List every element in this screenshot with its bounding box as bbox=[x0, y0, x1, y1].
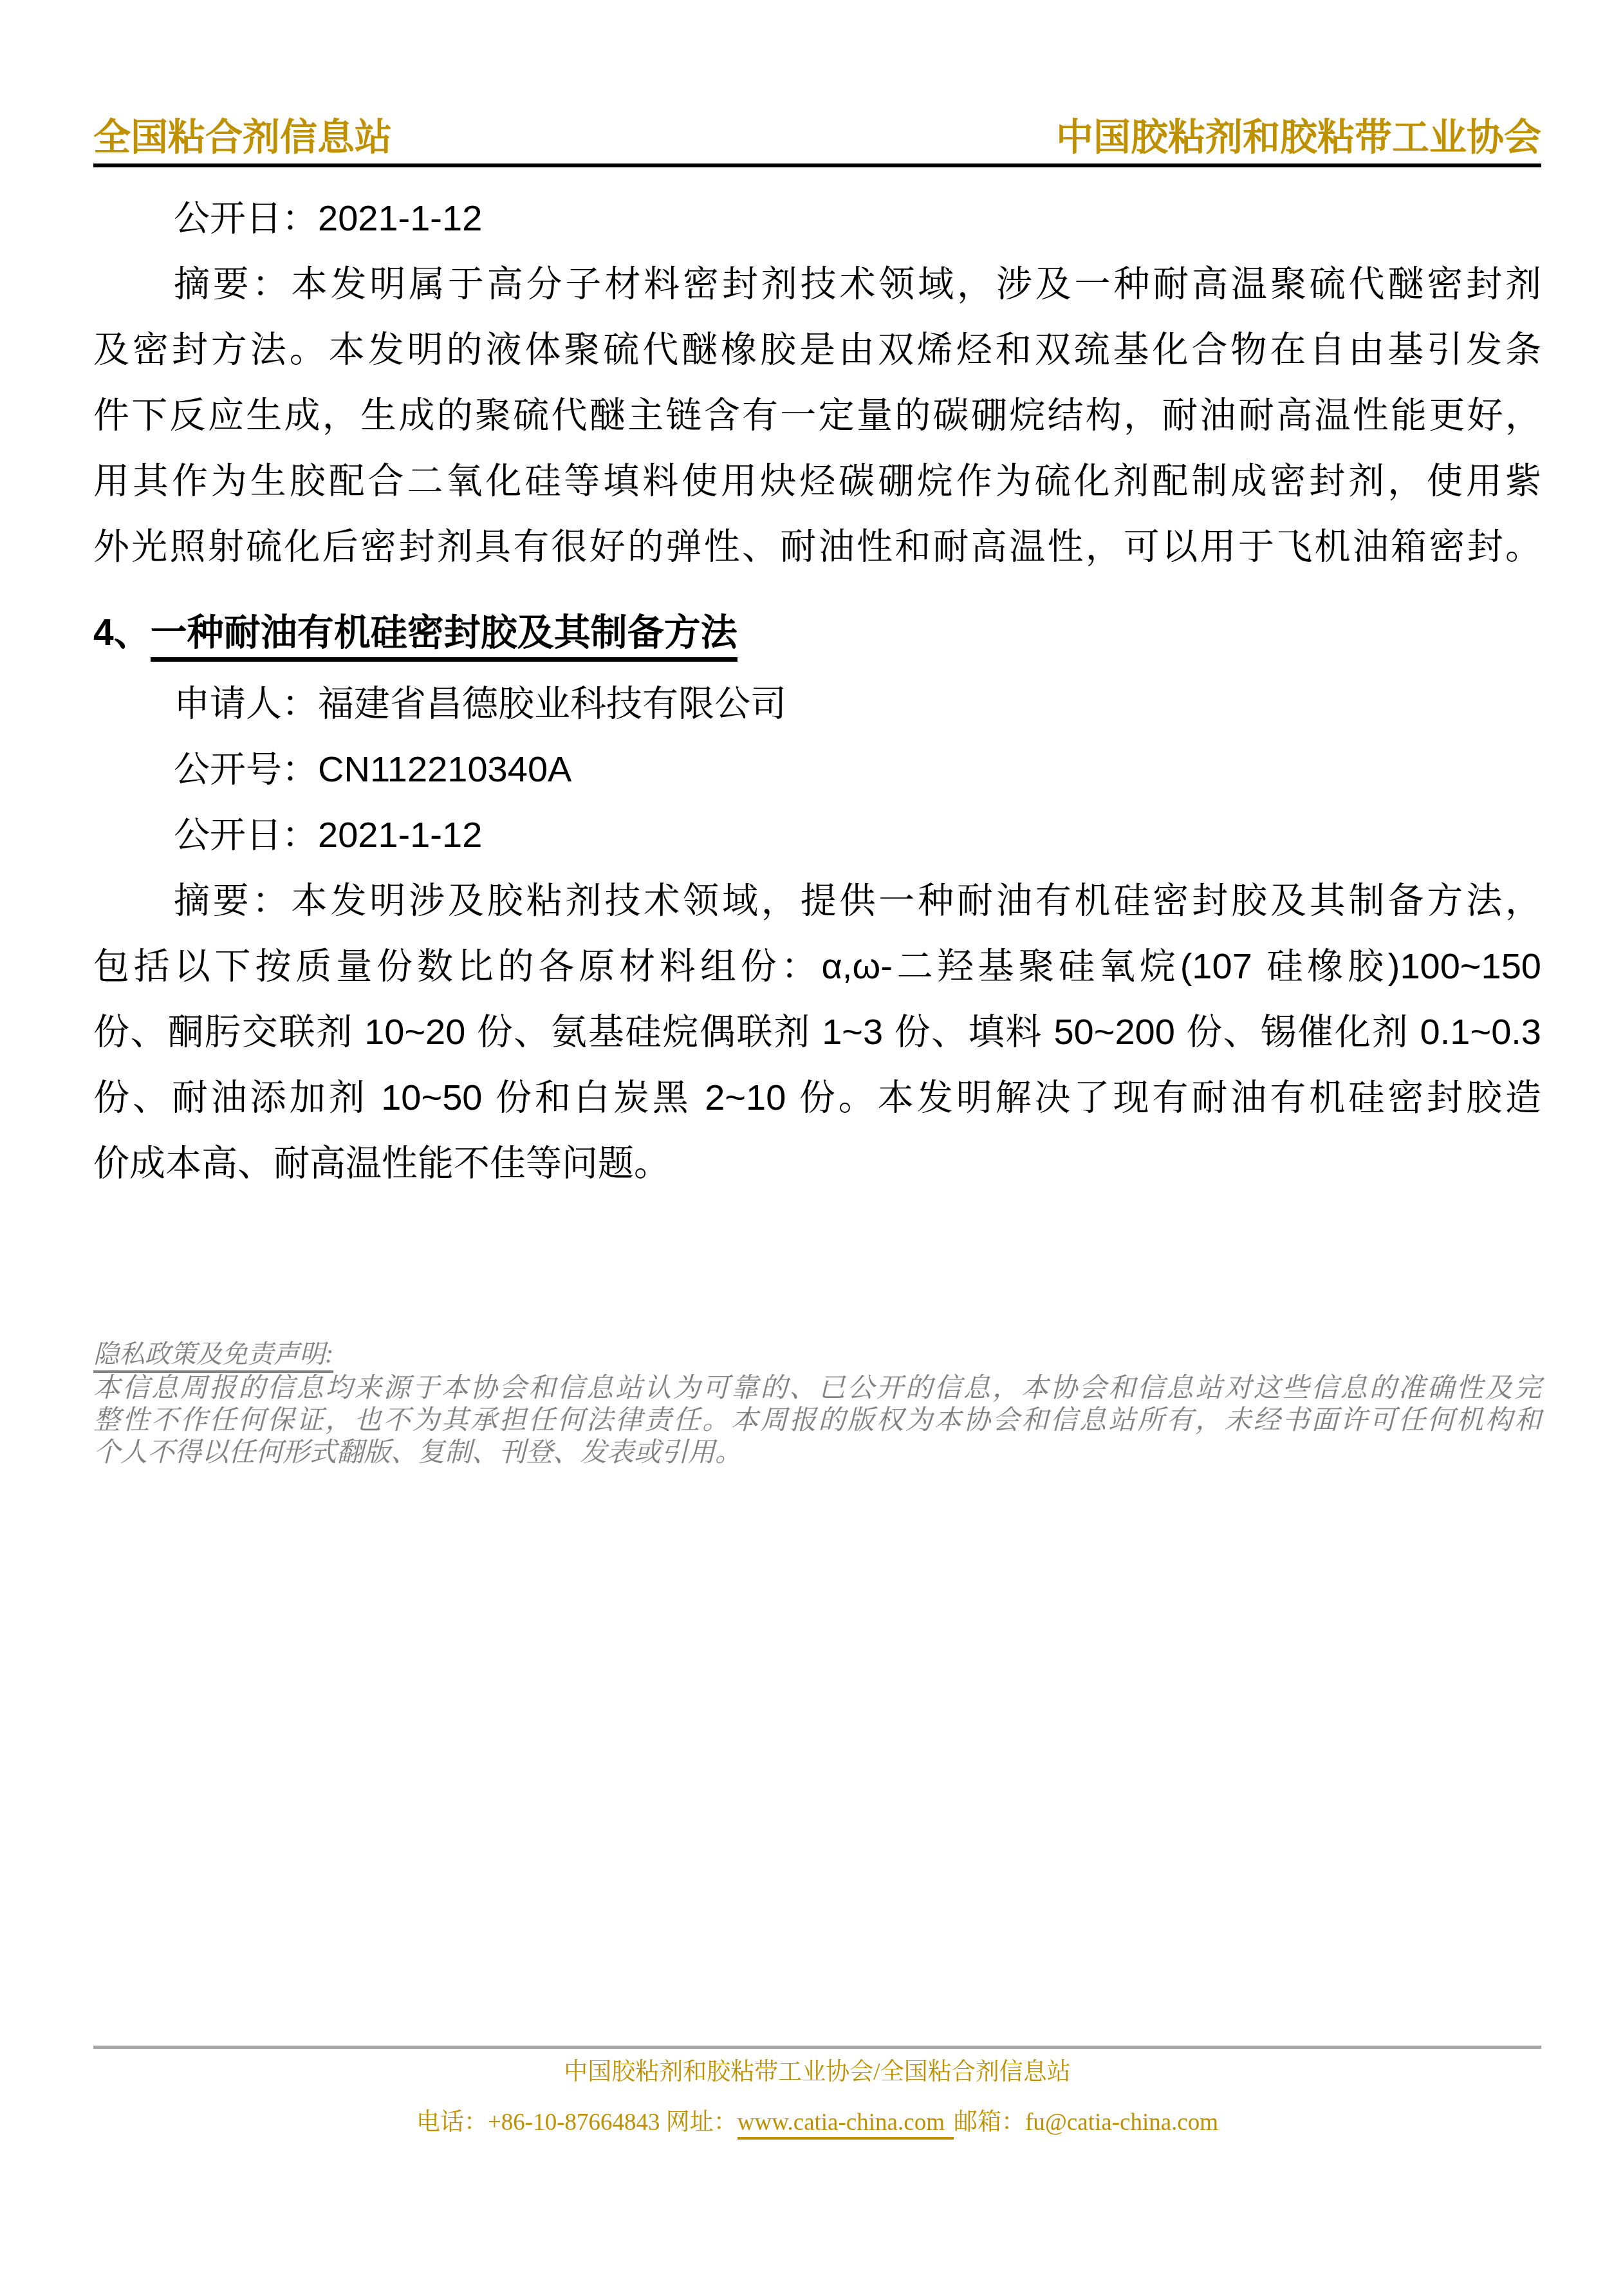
disclaimer-title: 隐私政策及免责声明: bbox=[93, 1336, 1541, 1372]
footer-contact-line: 电话：+86-10-87664843 网址：www.catia-china.co… bbox=[93, 2107, 1541, 2139]
disclaimer-line: 本信息周报的信息均来源于本协会和信息站认为可靠的、已公开的信息，本协会和信息站对… bbox=[93, 1372, 1541, 1405]
footer-divider bbox=[93, 2046, 1541, 2049]
page-footer: 中国胶粘剂和胶粘带工业协会/全国粘合剂信息站 电话：+86-10-8766484… bbox=[93, 2046, 1541, 2139]
abstract-line: 价成本高、耐高温性能不佳等问题。 bbox=[93, 1130, 1541, 1196]
abstract-line: 件下反应生成，生成的聚硫代醚主链含有一定量的碳硼烷结构，耐油耐高温性能更好， bbox=[93, 382, 1541, 448]
footer-phone-web-label: 电话：+86-10-87664843 网址： bbox=[416, 2109, 737, 2136]
abstract-line: 摘要：本发明涉及胶粘剂技术领域，提供一种耐油有机硅密封胶及其制备方法， bbox=[93, 868, 1541, 933]
patent4-number: 4、 bbox=[93, 612, 151, 653]
site-name: 全国粘合剂信息站 bbox=[93, 115, 392, 161]
page: { "colors": { "gold": "#BF9000", "discla… bbox=[0, 0, 1623, 2296]
abstract-line: 份、耐油添加剂 10~50 份和白炭黑 2~10 份。本发明解决了现有耐油有机硅… bbox=[93, 1065, 1541, 1130]
disclaimer-line: 个人不得以任何形式翻版、复制、刊登、发表或引用。 bbox=[93, 1437, 1541, 1469]
abstract-line: 用其作为生胶配合二氧化硅等填料使用炔烃碳硼烷作为硫化剂配制成密封剂，使用紫 bbox=[93, 448, 1541, 514]
footer-org-line: 中国胶粘剂和胶粘带工业协会/全国粘合剂信息站 bbox=[93, 2057, 1541, 2089]
patent3-publish-date: 公开日：2021-1-12 bbox=[93, 185, 1541, 251]
patent4-title: 一种耐油有机硅密封胶及其制备方法 bbox=[151, 612, 737, 662]
abstract-line: 份、酮肟交联剂 10~20 份、氨基硅烷偶联剂 1~3 份、填料 50~200 … bbox=[93, 999, 1541, 1065]
document-body: 公开日：2021-1-12 摘要：本发明属于高分子材料密封剂技术领域，涉及一种耐… bbox=[93, 185, 1541, 1196]
page-header: 全国粘合剂信息站 中国胶粘剂和胶粘带工业协会 bbox=[93, 0, 1541, 161]
disclaimer-section: 隐私政策及免责声明: 本信息周报的信息均来源于本协会和信息站认为可靠的、已公开的… bbox=[93, 1336, 1541, 1469]
footer-email-label: 邮箱：fu@catia-china.com bbox=[954, 2109, 1218, 2136]
page-content: 全国粘合剂信息站 中国胶粘剂和胶粘带工业协会 公开日：2021-1-12 摘要：… bbox=[93, 0, 1541, 1469]
disclaimer-line: 整性不作任何保证，也不为其承担任何法律责任。本周报的版权为本协会和信息站所有，未… bbox=[93, 1405, 1541, 1437]
abstract-line: 包括以下按质量份数比的各原材料组份：α,ω-二羟基聚硅氧烷(107 硅橡胶)10… bbox=[93, 933, 1541, 999]
header-divider bbox=[93, 163, 1541, 167]
abstract-line: 及密封方法。本发明的液体聚硫代醚橡胶是由双烯烃和双巯基化合物在自由基引发条 bbox=[93, 317, 1541, 382]
association-name: 中国胶粘剂和胶粘带工业协会 bbox=[1056, 115, 1541, 161]
website-link[interactable]: www.catia-china.com bbox=[737, 2109, 954, 2140]
patent4-publication-no: 公开号：CN112210340A bbox=[93, 736, 1541, 802]
patent4-publish-date: 公开日：2021-1-12 bbox=[93, 802, 1541, 868]
patent3-abstract: 摘要：本发明属于高分子材料密封剂技术领域，涉及一种耐高温聚硫代醚密封剂 及密封方… bbox=[93, 251, 1541, 579]
abstract-line: 摘要：本发明属于高分子材料密封剂技术领域，涉及一种耐高温聚硫代醚密封剂 bbox=[93, 251, 1541, 317]
patent4-abstract: 摘要：本发明涉及胶粘剂技术领域，提供一种耐油有机硅密封胶及其制备方法， 包括以下… bbox=[93, 868, 1541, 1196]
abstract-line: 外光照射硫化后密封剂具有很好的弹性、耐油性和耐高温性，可以用于飞机油箱密封。 bbox=[93, 514, 1541, 579]
patent4-applicant: 申请人：福建省昌德胶业科技有限公司 bbox=[93, 671, 1541, 736]
patent4-heading: 4、一种耐油有机硅密封胶及其制备方法 bbox=[93, 606, 1541, 659]
